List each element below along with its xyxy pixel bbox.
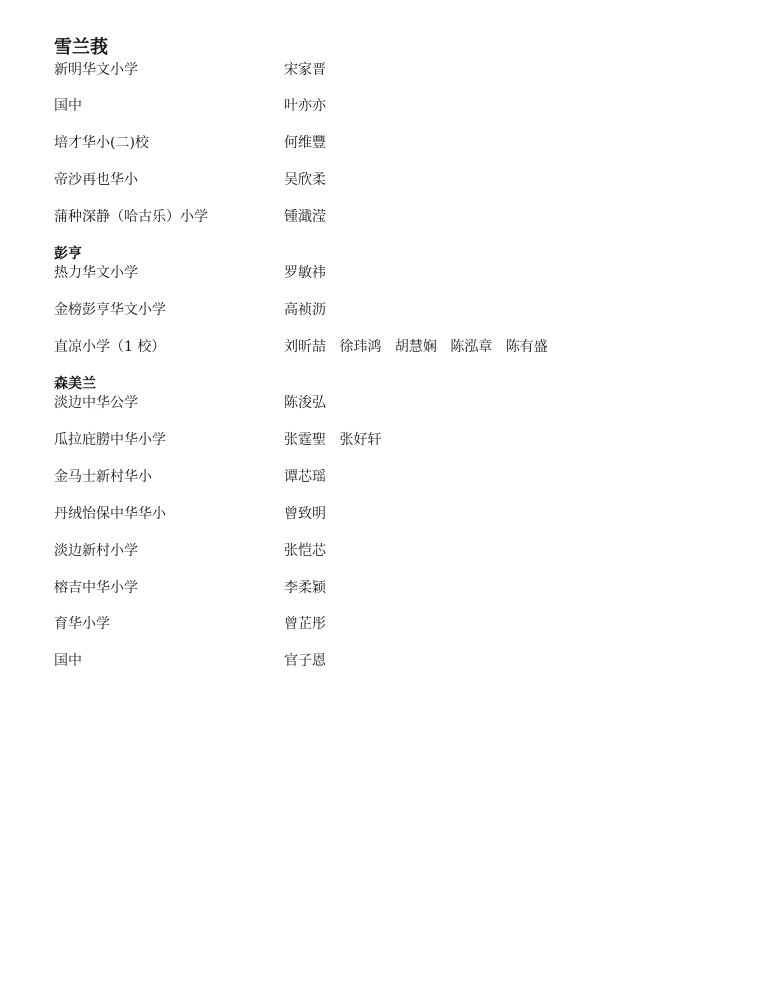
section-title-selangor: 雪兰莪 [54, 38, 108, 58]
school-name: 榕吉中华小学 [54, 579, 138, 597]
student-names: 吴欣柔 [284, 171, 335, 189]
list-item: 金榜彭亨华文小学 高祯沥 [54, 301, 754, 319]
school-name: 帝沙再也华小 [54, 171, 138, 189]
student-names: 何维豐 [284, 134, 335, 152]
student-name: 刘昕喆 [284, 339, 326, 355]
school-name: 热力华文小学 [54, 264, 138, 282]
list-item: 榕吉中华小学 李柔颖 [54, 579, 754, 597]
student-name: 锺濈滢 [284, 209, 326, 225]
list-item: 丹绒怡保中华华小 曾致明 [54, 505, 754, 523]
student-name: 李柔颖 [284, 580, 326, 596]
student-names: 锺濈滢 [284, 208, 335, 226]
list-item: 直凉小学（1 校） 刘昕喆 徐玮鸿 胡慧娴 陈泓章 陈有盛 [54, 338, 754, 356]
student-names: 谭芯瑶 [284, 468, 335, 486]
list-item: 国中 官子恩 [54, 652, 754, 670]
document-page: 雪兰莪 新明华文小学 宋家晋 国中 叶亦亦 培才华小(二)校 何维豐 帝沙再也华… [0, 0, 768, 994]
student-name: 吴欣柔 [284, 172, 326, 188]
school-name: 新明华文小学 [54, 61, 138, 79]
list-item: 国中 叶亦亦 [54, 97, 754, 115]
student-name: 陈泓章 [450, 339, 492, 355]
school-name: 金马士新村华小 [54, 468, 152, 486]
student-name: 宋家晋 [284, 62, 326, 78]
student-name: 曾致明 [284, 506, 326, 522]
student-name: 张好轩 [339, 432, 381, 448]
list-item: 帝沙再也华小 吴欣柔 [54, 171, 754, 189]
list-item: 淡边新村小学 张恺芯 [54, 542, 754, 560]
student-names: 曾芷彤 [284, 615, 335, 633]
student-name: 谭芯瑶 [284, 469, 326, 485]
student-names: 张霆聖 张好轩 [284, 431, 390, 449]
student-name: 徐玮鸿 [339, 339, 381, 355]
student-names: 官子恩 [284, 652, 335, 670]
school-name: 丹绒怡保中华华小 [54, 505, 166, 523]
student-names: 刘昕喆 徐玮鸿 胡慧娴 陈泓章 陈有盛 [284, 338, 557, 356]
school-name: 培才华小(二)校 [54, 134, 149, 152]
student-names: 曾致明 [284, 505, 335, 523]
student-name: 罗敏祎 [284, 265, 326, 281]
student-name: 胡慧娴 [395, 339, 437, 355]
student-name: 高祯沥 [284, 302, 326, 318]
school-name: 淡边中华公学 [54, 394, 138, 412]
student-name: 张恺芯 [284, 543, 326, 559]
school-name: 国中 [54, 97, 82, 115]
list-item: 新明华文小学 宋家晋 [54, 61, 754, 79]
school-name: 育华小学 [54, 615, 110, 633]
school-name: 瓜拉庇朥中华小学 [54, 431, 166, 449]
section-title-negeri-sembilan: 森美兰 [54, 376, 96, 392]
student-names: 李柔颖 [284, 579, 335, 597]
school-name: 蒲种深静（哈古乐）小学 [54, 208, 208, 226]
school-name: 国中 [54, 652, 82, 670]
student-names: 罗敏祎 [284, 264, 335, 282]
school-name: 淡边新村小学 [54, 542, 138, 560]
student-name: 曾芷彤 [284, 616, 326, 632]
student-names: 叶亦亦 [284, 97, 335, 115]
school-name: 直凉小学（1 校） [54, 338, 165, 356]
list-item: 育华小学 曾芷彤 [54, 615, 754, 633]
student-name: 叶亦亦 [284, 98, 326, 114]
list-item: 蒲种深静（哈古乐）小学 锺濈滢 [54, 208, 754, 226]
student-names: 高祯沥 [284, 301, 335, 319]
school-name: 金榜彭亨华文小学 [54, 301, 166, 319]
list-item: 热力华文小学 罗敏祎 [54, 264, 754, 282]
student-names: 张恺芯 [284, 542, 335, 560]
list-item: 培才华小(二)校 何维豐 [54, 134, 754, 152]
student-name: 陈有盛 [506, 339, 548, 355]
list-item: 淡边中华公学 陈浚弘 [54, 394, 754, 412]
student-name: 官子恩 [284, 653, 326, 669]
student-names: 陈浚弘 [284, 394, 335, 412]
student-name: 何维豐 [284, 135, 326, 151]
student-name: 张霆聖 [284, 432, 326, 448]
section-title-pahang: 彭亨 [54, 246, 82, 262]
student-name: 陈浚弘 [284, 395, 326, 411]
list-item: 金马士新村华小 谭芯瑶 [54, 468, 754, 486]
list-item: 瓜拉庇朥中华小学 张霆聖 张好轩 [54, 431, 754, 449]
student-names: 宋家晋 [284, 61, 335, 79]
